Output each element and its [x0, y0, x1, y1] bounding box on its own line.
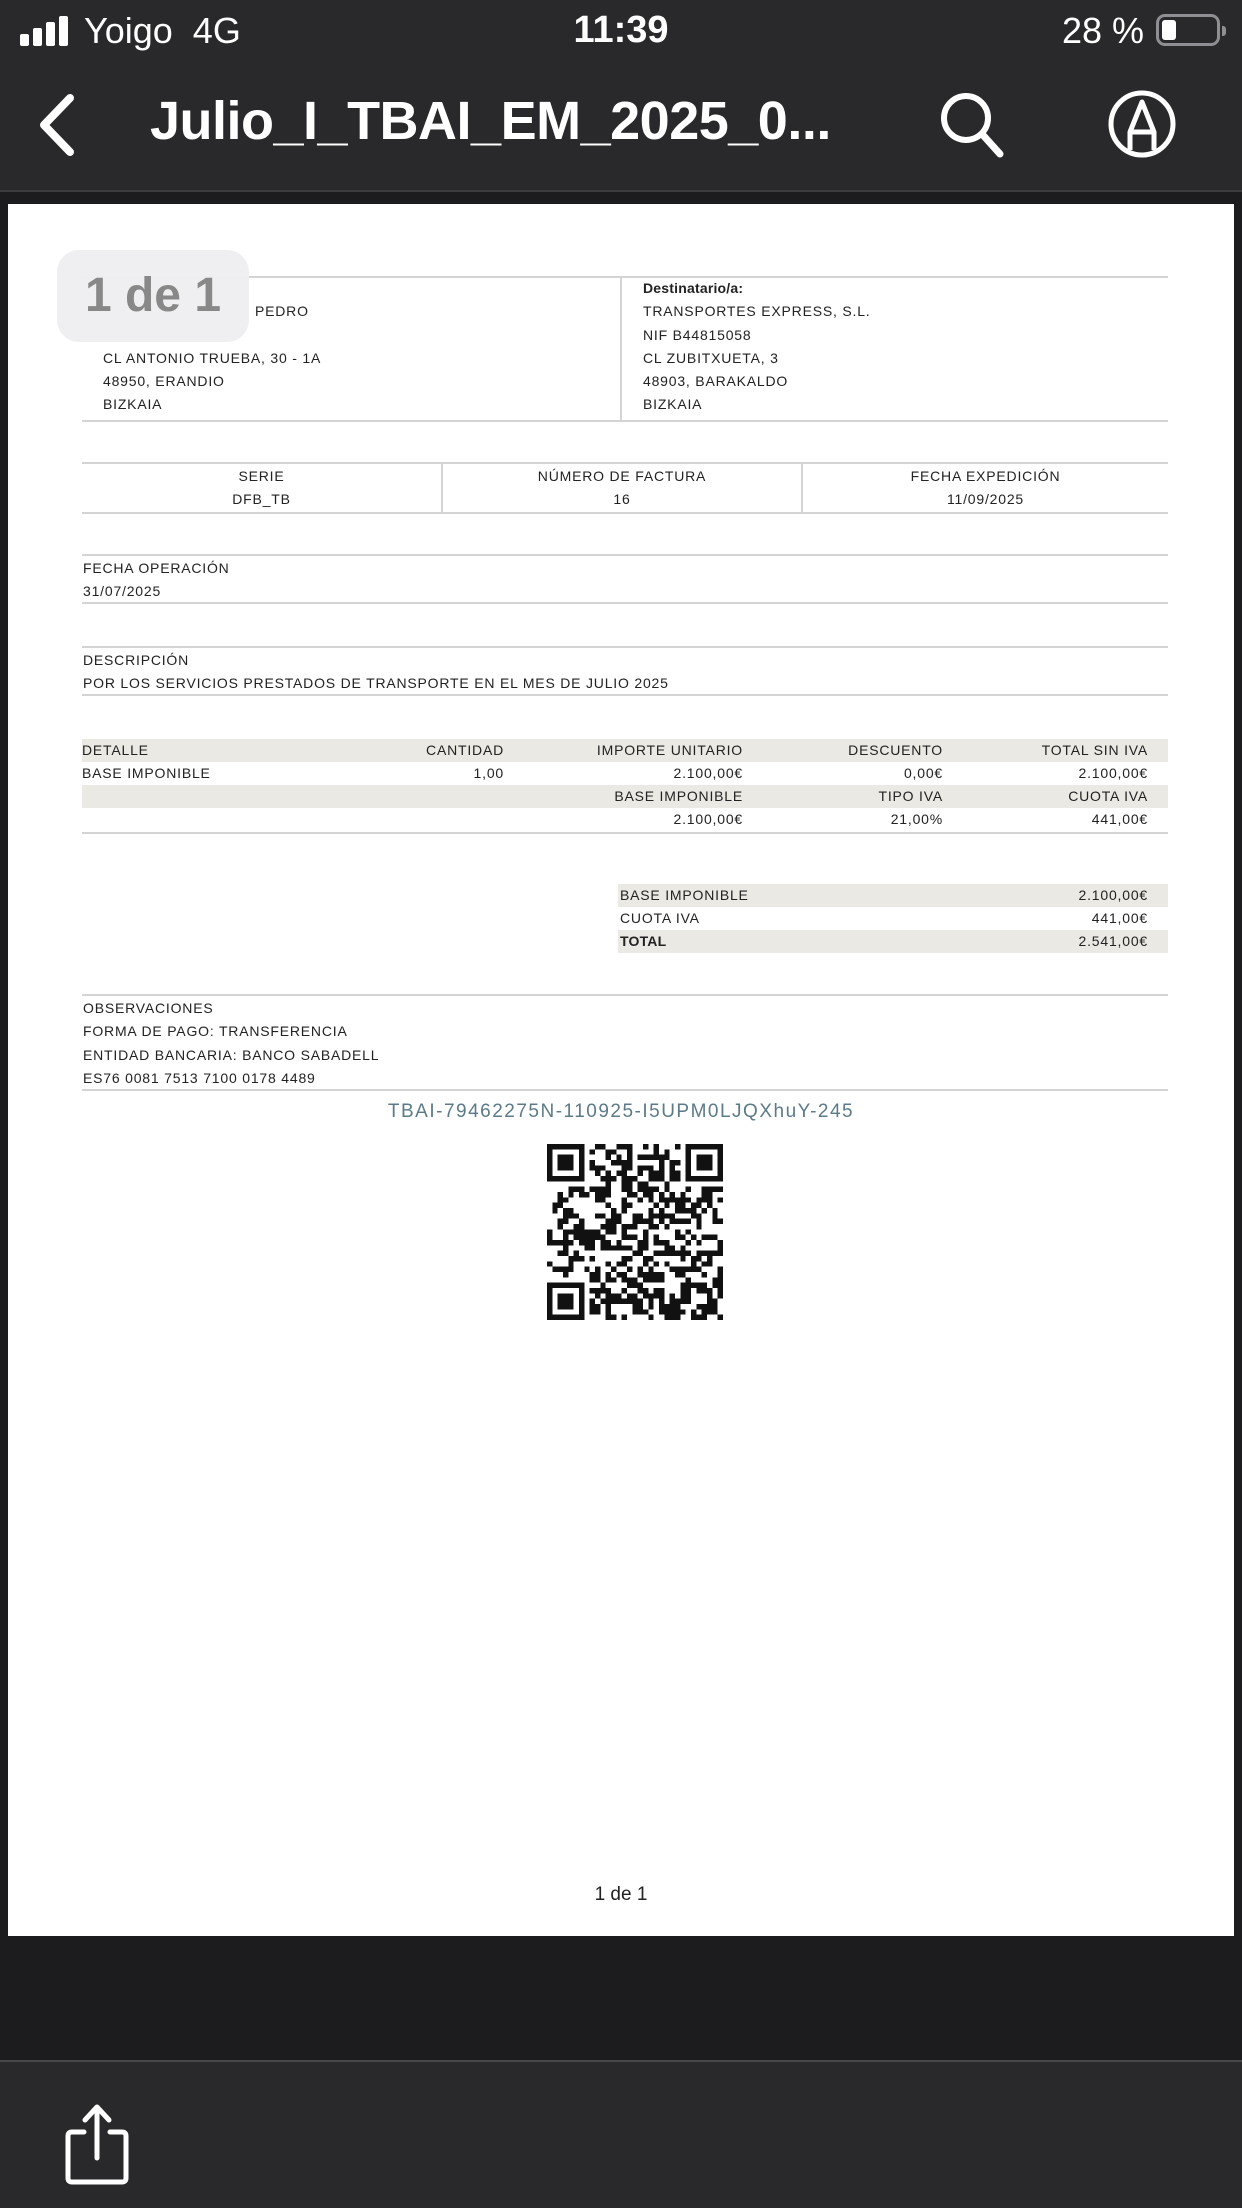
meta-value: 11/09/2025	[803, 488, 1168, 511]
observations-block: OBSERVACIONES FORMA DE PAGO: TRANSFERENC…	[83, 997, 379, 1090]
share-icon	[64, 2102, 130, 2186]
column-header: DESCUENTO	[848, 739, 943, 762]
column-header: BASE IMPONIBLE	[614, 785, 743, 808]
recipient-name: TRANSPORTES EXPRESS, S.L.	[643, 300, 870, 323]
cell: 1,00	[474, 762, 504, 785]
battery-percentage: 28 %	[1062, 10, 1144, 52]
cell: 2.100,00€	[1079, 762, 1148, 785]
meta-label: FECHA EXPEDICIÓN	[803, 465, 1168, 488]
page-footer: 1 de 1	[8, 1884, 1234, 1906]
observations-label: OBSERVACIONES	[83, 997, 379, 1020]
cell: 0,00€	[904, 762, 943, 785]
bottom-toolbar	[0, 2060, 1242, 2208]
page-indicator: 1 de 1	[57, 250, 249, 342]
meta-invoice-number: NÚMERO DE FACTURA 16	[443, 465, 801, 511]
issuer-province: BIZKAIA	[103, 393, 321, 416]
divider	[82, 602, 1168, 604]
pdf-page[interactable]: 1 de 1 PEDRO CL ANTONIO TRUEBA, 30 - 1A …	[8, 204, 1234, 1936]
table-row: BASE IMPONIBLE 1,00 2.100,00€ 0,00€ 2.10…	[82, 762, 1168, 785]
divider	[82, 420, 1168, 422]
cell: 2.100,00€	[674, 762, 743, 785]
total-label: TOTAL	[620, 930, 666, 953]
column-header: CANTIDAD	[426, 739, 504, 762]
bank-name: ENTIDAD BANCARIA: BANCO SABADELL	[83, 1044, 379, 1067]
navigation-bar: Julio_I_TBAI_EM_2025_0...	[0, 62, 1242, 190]
summary-row: CUOTA IVA 441,00€	[618, 907, 1168, 930]
recipient-nif: NIF B44815058	[643, 324, 870, 347]
column-header: TOTAL SIN IVA	[1042, 739, 1148, 762]
markup-button[interactable]	[1106, 88, 1178, 160]
recipient-block: Destinatario/a: TRANSPORTES EXPRESS, S.L…	[643, 277, 870, 417]
divider	[620, 276, 622, 422]
operation-date-block: FECHA OPERACIÓN 31/07/2025	[83, 557, 230, 604]
divider	[82, 832, 1168, 834]
divider	[82, 554, 1168, 556]
top-bar: Yoigo 4G 11:39 28 % Julio_I_TBAI_EM_2025…	[0, 0, 1242, 192]
recipient-address: CL ZUBITXUETA, 3	[643, 347, 870, 370]
battery-icon	[1156, 14, 1220, 46]
summary-value: 2.100,00€	[1079, 884, 1148, 907]
recipient-province: BIZKAIA	[643, 393, 870, 416]
summary-value: 441,00€	[1092, 907, 1148, 930]
issuer-address: CL ANTONIO TRUEBA, 30 - 1A	[103, 347, 321, 370]
operation-date-value: 31/07/2025	[83, 580, 230, 603]
column-header: CUOTA IVA	[1068, 785, 1148, 808]
meta-label: SERIE	[82, 465, 441, 488]
meta-label: NÚMERO DE FACTURA	[443, 465, 801, 488]
search-button[interactable]	[936, 88, 1008, 160]
iban: ES76 0081 7513 7100 0178 4489	[83, 1067, 379, 1090]
qr-code-icon	[547, 1144, 723, 1320]
back-button[interactable]	[34, 92, 84, 158]
summary-row: BASE IMPONIBLE 2.100,00€	[618, 884, 1168, 907]
description-label: DESCRIPCIÓN	[83, 649, 669, 672]
tax-table-header: BASE IMPONIBLE TIPO IVA CUOTA IVA	[82, 785, 1168, 808]
divider	[82, 646, 1168, 648]
meta-value: 16	[443, 488, 801, 511]
recipient-heading: Destinatario/a:	[643, 277, 870, 300]
meta-serie: SERIE DFB_TB	[82, 465, 441, 511]
divider	[82, 1089, 1168, 1091]
clock: 11:39	[0, 9, 1242, 52]
column-header: TIPO IVA	[879, 785, 944, 808]
recipient-city: 48903, BARAKALDO	[643, 370, 870, 393]
invoice-document: 1 de 1 PEDRO CL ANTONIO TRUEBA, 30 - 1A …	[8, 204, 1234, 1936]
cell: 441,00€	[1092, 808, 1148, 831]
cell: 2.100,00€	[674, 808, 743, 831]
detail-table-header: DETALLE CANTIDAD IMPORTE UNITARIO DESCUE…	[82, 739, 1168, 762]
summary-label: BASE IMPONIBLE	[620, 884, 749, 907]
meta-value: DFB_TB	[82, 488, 441, 511]
search-icon	[936, 88, 1008, 160]
cell: 21,00%	[891, 808, 943, 831]
divider	[82, 512, 1168, 514]
summary-total-row: TOTAL 2.541,00€	[618, 930, 1168, 953]
share-button[interactable]	[64, 2102, 130, 2186]
divider	[82, 694, 1168, 696]
markup-pen-icon	[1106, 88, 1178, 160]
chevron-left-icon	[34, 92, 84, 158]
tbai-code: TBAI-79462275N-110925-I5UPM0LJQXhuY-245	[8, 1101, 1234, 1123]
divider	[82, 994, 1168, 996]
total-value: 2.541,00€	[1079, 930, 1148, 953]
operation-date-label: FECHA OPERACIÓN	[83, 557, 230, 580]
column-header: DETALLE	[82, 739, 149, 762]
status-bar: Yoigo 4G 11:39 28 %	[0, 0, 1242, 62]
column-header: IMPORTE UNITARIO	[597, 739, 743, 762]
divider	[82, 462, 1168, 464]
table-row: 2.100,00€ 21,00% 441,00€	[82, 808, 1168, 831]
description-block: DESCRIPCIÓN POR LOS SERVICIOS PRESTADOS …	[83, 649, 669, 696]
document-title: Julio_I_TBAI_EM_2025_0...	[150, 90, 870, 152]
payment-method: FORMA DE PAGO: TRANSFERENCIA	[83, 1020, 379, 1043]
issuer-city: 48950, ERANDIO	[103, 370, 321, 393]
cell: BASE IMPONIBLE	[82, 762, 211, 785]
meta-issue-date: FECHA EXPEDICIÓN 11/09/2025	[803, 465, 1168, 511]
description-value: POR LOS SERVICIOS PRESTADOS DE TRANSPORT…	[83, 672, 669, 695]
summary-label: CUOTA IVA	[620, 907, 700, 930]
